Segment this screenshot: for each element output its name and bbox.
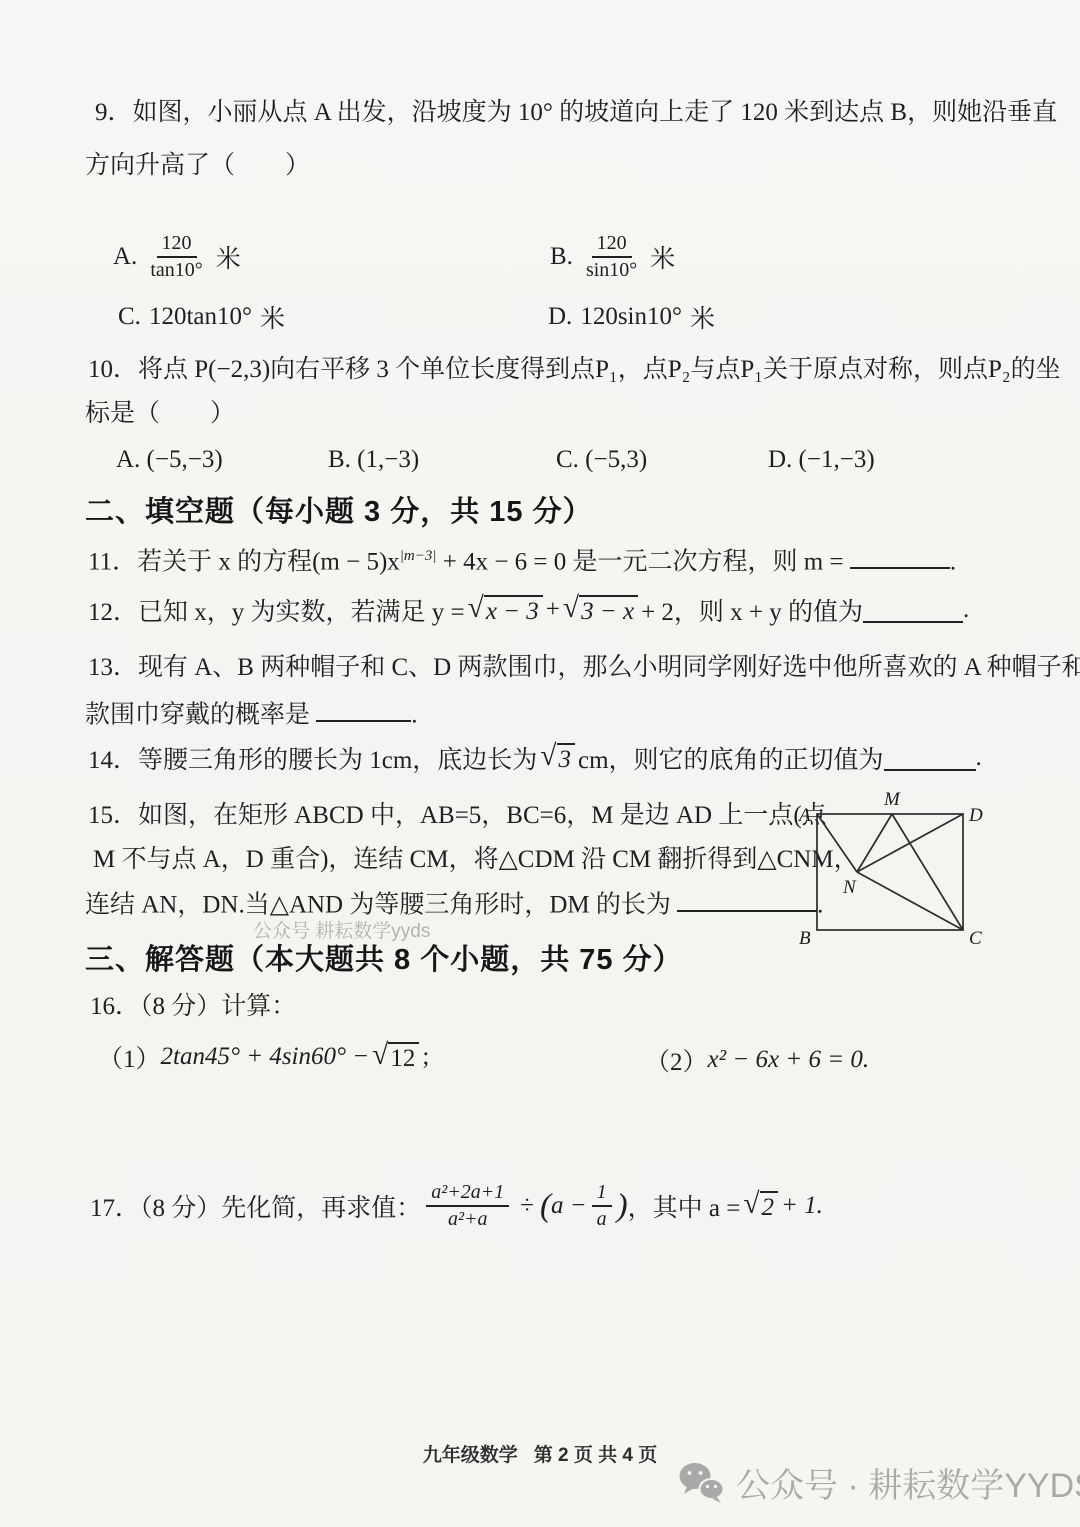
q11-exponent: |m−3| xyxy=(400,548,437,564)
q17-sqrt: √2 xyxy=(743,1191,778,1222)
q13-line2: 款围巾穿戴的概率是 . xyxy=(85,696,418,731)
q16-part2: （2） x² − 6x + 6 = 0. xyxy=(645,1043,869,1077)
q13-text-pre: 款围巾穿戴的概率是 xyxy=(85,701,310,728)
q9-option-a-unit: 米 xyxy=(216,239,241,275)
q9-option-a: A. 120 tan10° 米 xyxy=(113,226,241,288)
q12-sqrt2: √3 − x xyxy=(563,595,638,626)
q17-a-minus: a − xyxy=(551,1192,587,1220)
q12-period: . xyxy=(963,596,969,624)
watermark-bottom-text: 公众号 · 耕耘数学YYDS xyxy=(736,1458,1080,1507)
q17-fraction-1: a²+2a+1 a²+a xyxy=(426,1181,509,1231)
q10-option-a: A. (−5,−3) xyxy=(116,444,223,475)
q10-option-c: C. (−5,3) xyxy=(556,444,647,475)
segment-ND xyxy=(857,814,963,872)
q9-option-a-fraction: 120 tan10° xyxy=(150,232,202,282)
q14-line: 14．等腰三角形的腰长为 1cm，底边长为 √3 cm，则它的底角的正切值为 . xyxy=(88,741,982,775)
q14-sqrt: √3 xyxy=(540,743,575,774)
q15-figure: A M D N B C xyxy=(793,788,1021,960)
q11-answer-blank xyxy=(850,543,950,569)
fraction-numerator: a²+2a+1 xyxy=(426,1181,509,1207)
q9-option-d-label: D. xyxy=(548,303,572,331)
q17-line: 17．（8 分）先化简，再求值： a²+2a+1 a²+a ÷ ( a − 1 … xyxy=(90,1176,823,1236)
radical-sign: √ xyxy=(540,742,556,772)
q11-text-pre: 11．若关于 x 的方程(m − 5)x xyxy=(88,548,400,575)
fraction-denominator: tan10° xyxy=(150,258,202,282)
q14-answer-blank xyxy=(884,745,976,771)
q16-part1-semicolon: ; xyxy=(422,1043,429,1071)
q17-text-pre: 17．（8 分）先化简，再求值： xyxy=(90,1188,421,1224)
q9-option-d-text: 120sin10° xyxy=(580,303,682,331)
vertex-label-C: C xyxy=(969,928,982,949)
q9-option-c: C. 120tan10° 米 xyxy=(118,300,285,334)
exam-page: 9．如图，小丽从点 A 出发，沿坡度为 10° 的坡道向上走了 120 米到达点… xyxy=(0,0,1080,1527)
q9-line2: 方向升高了（ ） xyxy=(85,150,310,181)
q16-part1-expression: 2tan45° + 4sin60° − xyxy=(161,1043,370,1071)
q14-text-unit: cm，则它的底角的正切值为 xyxy=(578,740,884,776)
vertex-label-D: D xyxy=(968,805,983,826)
q15-text-pre: 连结 AN，DN.当△AND 为等腰三角形时，DM 的长为 xyxy=(85,891,671,918)
q9-option-b-fraction: 120 sin10° xyxy=(586,232,637,282)
segment-NC xyxy=(857,872,963,930)
fraction-numerator: 120 xyxy=(157,232,197,258)
q14-text-pre: 14．等腰三角形的腰长为 1cm，底边长为 xyxy=(88,740,537,776)
q12-line: 12．已知 x，y 为实数，若满足 y = √x − 3 + √3 − x + … xyxy=(88,592,969,628)
fraction-denominator: a²+a xyxy=(448,1207,488,1231)
q10-option-b: B. (1,−3) xyxy=(328,444,419,475)
q13-period: . xyxy=(411,701,417,728)
q9-option-b-unit: 米 xyxy=(650,239,675,275)
q11-text-mid: + 4x − 6 = 0 是一元二次方程，则 m = xyxy=(436,548,843,575)
q16-part2-equation: x² − 6x + 6 = 0. xyxy=(708,1046,870,1074)
q17-text-mid: ，其中 a = xyxy=(628,1188,741,1224)
footer-page-number: 第 2 页 共 4 页 xyxy=(534,1445,658,1466)
q17-divide-sign: ÷ xyxy=(520,1192,534,1220)
q17-sqrt-body: 2 xyxy=(760,1191,779,1222)
q15-line2: M 不与点 A，D 重合)，连结 CM，将△CDM 沿 CM 翻折得到△CNM， xyxy=(93,844,859,875)
vertex-label-N: N xyxy=(842,877,857,898)
radical-sign: √ xyxy=(743,1190,759,1220)
watermark-bottom: 公众号 · 耕耘数学YYDS xyxy=(678,1458,1080,1507)
vertex-label-B: B xyxy=(799,928,811,949)
q9-option-c-unit: 米 xyxy=(260,299,285,335)
q16-part1-sqrt: √12 xyxy=(372,1042,419,1073)
q17-text-tail: + 1. xyxy=(781,1192,823,1220)
q9-option-d-unit: 米 xyxy=(690,299,715,335)
q9-option-d: D. 120sin10° 米 xyxy=(548,300,715,334)
q9-line1: 9．如图，小丽从点 A 出发，沿坡度为 10° 的坡道向上走了 120 米到达点… xyxy=(95,97,1057,128)
q12-text-pre: 12．已知 x，y 为实数，若满足 y = xyxy=(88,592,465,628)
q15-line3: 连结 AN，DN.当△AND 为等腰三角形时，DM 的长为 . xyxy=(85,886,823,921)
q10-option-d: D. (−1,−3) xyxy=(768,444,875,475)
wechat-icon xyxy=(678,1461,726,1505)
q16-part1-label: （1） xyxy=(98,1039,161,1075)
q11-period: . xyxy=(950,548,956,575)
vertex-label-A: A xyxy=(797,805,811,826)
q12-sqrt2-body: 3 − x xyxy=(579,595,638,626)
segment-AN xyxy=(817,814,857,872)
q12-sqrt1: √x − 3 xyxy=(468,595,543,626)
q9-option-b: B. 120 sin10° 米 xyxy=(550,226,675,288)
q9-option-c-text: 120tan10° xyxy=(149,303,252,331)
q14-sqrt-body: 3 xyxy=(557,743,576,774)
radical-sign: √ xyxy=(468,594,484,624)
q11-line: 11．若关于 x 的方程(m − 5)x|m−3| + 4x − 6 = 0 是… xyxy=(88,543,956,578)
rectangle-ABCD xyxy=(817,814,963,930)
q16-part1-sqrt-body: 12 xyxy=(388,1042,419,1073)
q9-option-c-label: C. xyxy=(118,303,141,331)
fraction-denominator: sin10° xyxy=(586,258,637,282)
q17-left-paren: ( xyxy=(540,1190,551,1223)
q14-period: . xyxy=(976,744,982,772)
segment-MC xyxy=(892,814,963,930)
fraction-denominator: a xyxy=(597,1207,607,1231)
q16-header: 16．（8 分）计算： xyxy=(90,991,296,1022)
fraction-numerator: 120 xyxy=(592,232,632,258)
section-3-title: 三、解答题（本大题共 8 个小题，共 75 分） xyxy=(85,937,683,978)
q16-part1: （1） 2tan45° + 4sin60° − √12 ; xyxy=(98,1038,429,1076)
q12-sqrt1-body: x − 3 xyxy=(484,595,543,626)
q12-text-tail: + 2，则 x + y 的值为 xyxy=(641,592,863,628)
q12-plus: + xyxy=(546,596,560,624)
radical-sign: √ xyxy=(563,594,579,624)
q9-option-b-label: B. xyxy=(550,243,573,271)
radical-sign: √ xyxy=(372,1041,388,1071)
vertex-label-M: M xyxy=(883,789,901,810)
q10-line2: 标是（ ） xyxy=(85,398,235,429)
q10-line1: 10．将点 P(−2,3)向右平移 3 个单位长度得到点P₁，点P₂与点P₁关于… xyxy=(88,354,1061,385)
q17-fraction-2: 1 a xyxy=(592,1181,612,1231)
q13-answer-blank xyxy=(316,696,411,722)
q15-line1: 15．如图，在矩形 ABCD 中，AB=5，BC=6，M 是边 AD 上一点(点 xyxy=(88,800,827,831)
q16-part2-label: （2） xyxy=(645,1042,708,1078)
q12-answer-blank xyxy=(863,597,963,623)
section-2-title: 二、填空题（每小题 3 分，共 15 分） xyxy=(85,489,593,530)
fraction-numerator: 1 xyxy=(592,1181,612,1207)
q9-option-a-label: A. xyxy=(113,243,137,271)
q17-right-paren: ) xyxy=(617,1190,628,1223)
q13-line1: 13．现有 A、B 两种帽子和 C、D 两款围巾，那么小明同学刚好选中他所喜欢的… xyxy=(88,652,1080,683)
footer-subject: 九年级数学 xyxy=(423,1445,518,1466)
